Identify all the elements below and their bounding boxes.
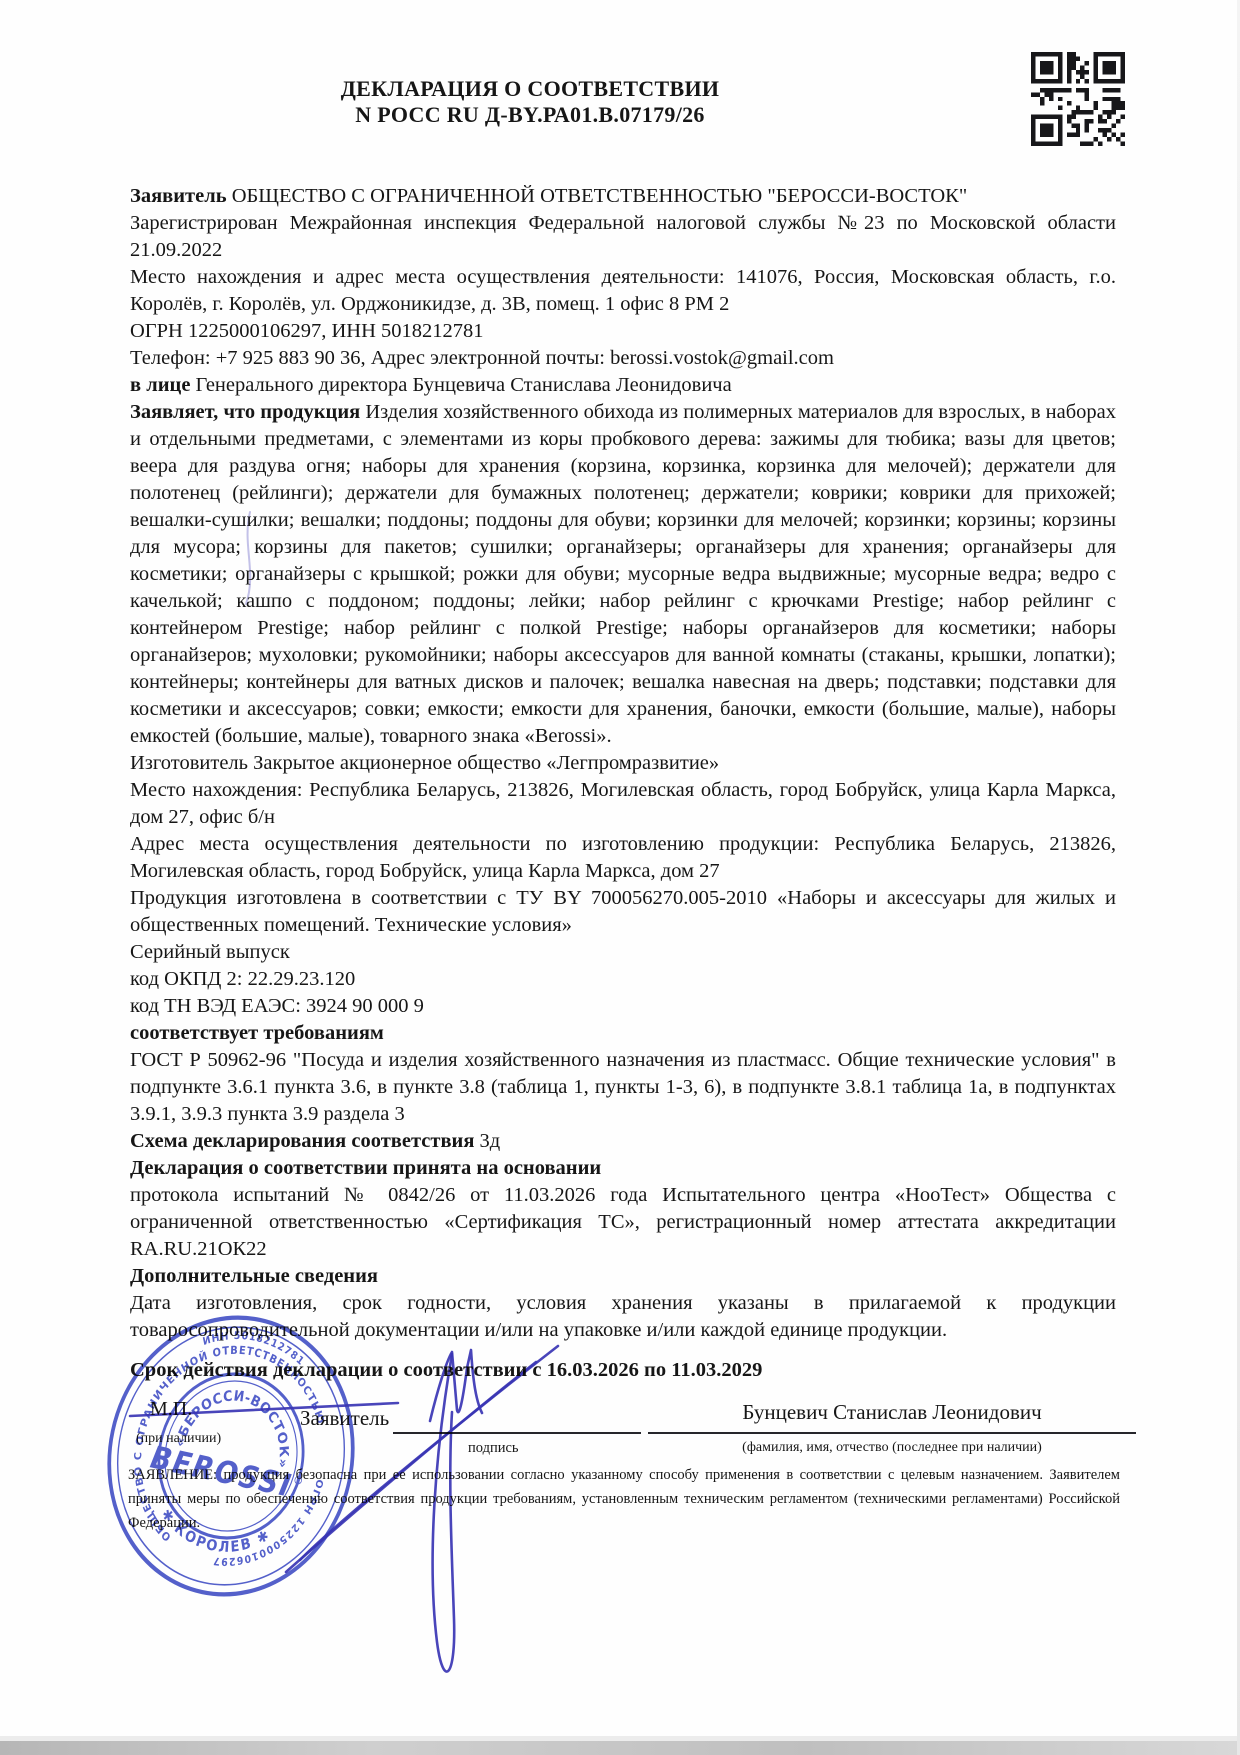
signature-line bbox=[393, 1432, 641, 1434]
paragraph: Место нахождения: Республика Беларусь, 2… bbox=[130, 777, 1116, 831]
stamp-place-note: (при наличии) bbox=[136, 1431, 221, 1447]
paragraph: Дата изготовления, срок годности, услови… bbox=[130, 1290, 1116, 1344]
qr-code bbox=[1031, 52, 1125, 146]
svg-text:«БЕРОССИ-ВОСТОК»: «БЕРОССИ-ВОСТОК» bbox=[172, 1376, 303, 1470]
paragraph: Срок действия декларации о соответствии … bbox=[130, 1357, 1116, 1384]
title-line-1: ДЕКЛАРАЦИЯ О СООТВЕТСТВИИ bbox=[130, 76, 930, 102]
stamp-place-label: М.П. bbox=[150, 1398, 192, 1421]
paragraph: Изготовитель Закрытое акционерное общест… bbox=[130, 750, 1116, 777]
paragraph: Серийный выпуск bbox=[130, 939, 1116, 966]
applicant-label: Заявитель bbox=[300, 1406, 389, 1431]
document-body: Заявитель ОБЩЕСТВО С ОГРАНИЧЕННОЙ ОТВЕТС… bbox=[130, 183, 1116, 1384]
document-title: ДЕКЛАРАЦИЯ О СООТВЕТСТВИИ N РОСС RU Д-BY… bbox=[130, 76, 930, 128]
paragraph: протокола испытаний № 0842/26 от 11.03.2… bbox=[130, 1182, 1116, 1263]
paragraph: Заявляет, что продукция Изделия хозяйств… bbox=[130, 399, 1116, 750]
paragraph: Схема декларирования соответствия 3д bbox=[130, 1128, 1116, 1155]
paragraph: код ТН ВЭД ЕАЭС: 3924 90 000 9 bbox=[130, 993, 1116, 1020]
name-caption: (фамилия, имя, отчество (последнее при н… bbox=[648, 1440, 1136, 1456]
paragraph: Дополнительные сведения bbox=[130, 1263, 1116, 1290]
paragraph: Декларация о соответствии принята на осн… bbox=[130, 1155, 1116, 1182]
signature-caption: подпись bbox=[468, 1440, 519, 1457]
paragraph: ОГРН 1225000106297, ИНН 5018212781 bbox=[130, 318, 1116, 345]
statement-fine-print: ЗАЯВЛЕНИЕ: продукция безопасна при ее ис… bbox=[128, 1463, 1120, 1535]
paragraph: Телефон: +7 925 883 90 36, Адрес электро… bbox=[130, 345, 1116, 372]
paragraph: соответствует требованиям bbox=[130, 1020, 1116, 1047]
name-line bbox=[648, 1432, 1136, 1434]
paragraph: код ОКПД 2: 22.29.23.120 bbox=[130, 966, 1116, 993]
stamp-brand-arc-text: «БЕРОССИ-ВОСТОК» bbox=[172, 1376, 303, 1470]
paragraph: Адрес места осуществления деятельности п… bbox=[130, 831, 1116, 885]
title-line-2: N РОСС RU Д-BY.РА01.B.07179/26 bbox=[130, 102, 930, 128]
paragraph: Продукция изготовлена в соответствии с Т… bbox=[130, 885, 1116, 939]
paragraph: Заявитель ОБЩЕСТВО С ОГРАНИЧЕННОЙ ОТВЕТС… bbox=[130, 183, 1116, 210]
paragraph: ГОСТ Р 50962-96 "Посуда и изделия хозяйс… bbox=[130, 1047, 1116, 1128]
paragraph: Зарегистрирован Межрайонная инспекция Фе… bbox=[130, 210, 1116, 264]
applicant-name: Бунцевич Станислав Леонидович bbox=[648, 1400, 1136, 1425]
scan-artifact-bottom bbox=[0, 1741, 1240, 1755]
paragraph: в лице Генерального директора Бунцевича … bbox=[130, 372, 1116, 399]
document-page: ДЕКЛАРАЦИЯ О СООТВЕТСТВИИ N РОСС RU Д-BY… bbox=[0, 0, 1240, 1755]
paragraph: Место нахождения и адрес места осуществл… bbox=[130, 264, 1116, 318]
